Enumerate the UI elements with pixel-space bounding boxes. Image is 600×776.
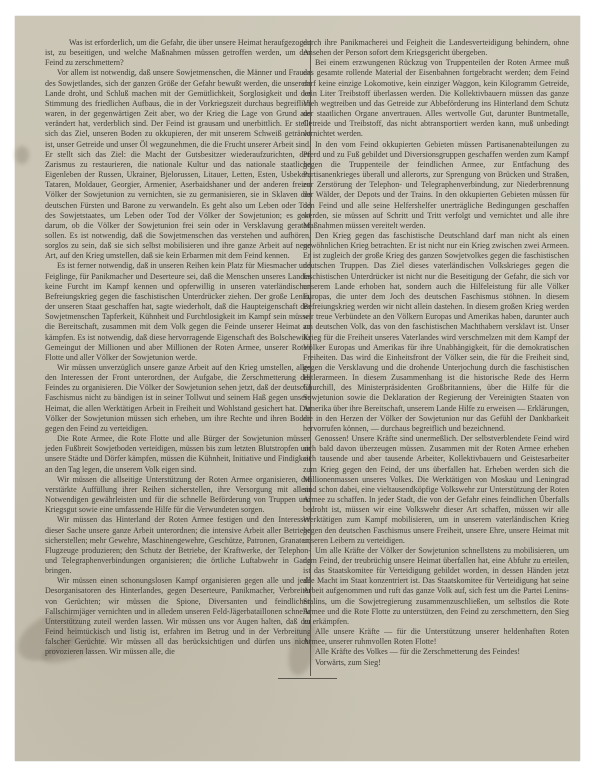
stain bbox=[15, 146, 29, 164]
paragraph: Genossen! Unsere Kräfte sind unermeßlich… bbox=[303, 434, 569, 546]
paragraph: Wir müssen die allseitige Unterstützung … bbox=[45, 475, 311, 516]
paragraph: In den vom Feind okkupierten Gebieten mü… bbox=[303, 140, 569, 231]
paragraph: Um alle Kräfte der Völker der Sowjetunio… bbox=[303, 546, 569, 627]
paragraph: Bei einem erzwungenen Rückzug von Truppe… bbox=[303, 58, 569, 139]
paragraph: Es ist ferner notwendig, daß in unseren … bbox=[45, 261, 311, 363]
closing-slogan: Vorwärts, zum Sieg! bbox=[303, 658, 569, 668]
paragraph: Was ist erforderlich, um die Gefahr, die… bbox=[45, 38, 311, 68]
paragraph: Wir müssen unverzüglich unsere ganze Arb… bbox=[45, 363, 311, 434]
closing-slogan: Alle unsere Kräfte — für die Unterstützu… bbox=[303, 627, 569, 647]
end-rule bbox=[278, 678, 337, 679]
text-column-left: Was ist erforderlich, um die Gefahr, die… bbox=[45, 38, 311, 658]
paragraph: Vor allem ist notwendig, daß unsere Sowj… bbox=[45, 68, 311, 261]
paragraph: durch ihre Panikmacherei und Feigheit di… bbox=[303, 38, 569, 58]
document-page: Was ist erforderlich, um die Gefahr, die… bbox=[15, 16, 580, 761]
paragraph: Den Krieg gegen das faschistische Deutsc… bbox=[303, 231, 569, 434]
paragraph: Die Rote Armee, die Rote Flotte und alle… bbox=[45, 434, 311, 475]
paragraph: Wir müssen einen schonungslosen Kampf or… bbox=[45, 576, 311, 657]
paragraph: Wir müssen das Hinterland der Roten Arme… bbox=[45, 515, 311, 576]
text-column-right: durch ihre Panikmacherei und Feigheit di… bbox=[303, 38, 569, 668]
closing-slogan: Alle Kräfte des Volkes — für die Zerschm… bbox=[303, 647, 569, 657]
